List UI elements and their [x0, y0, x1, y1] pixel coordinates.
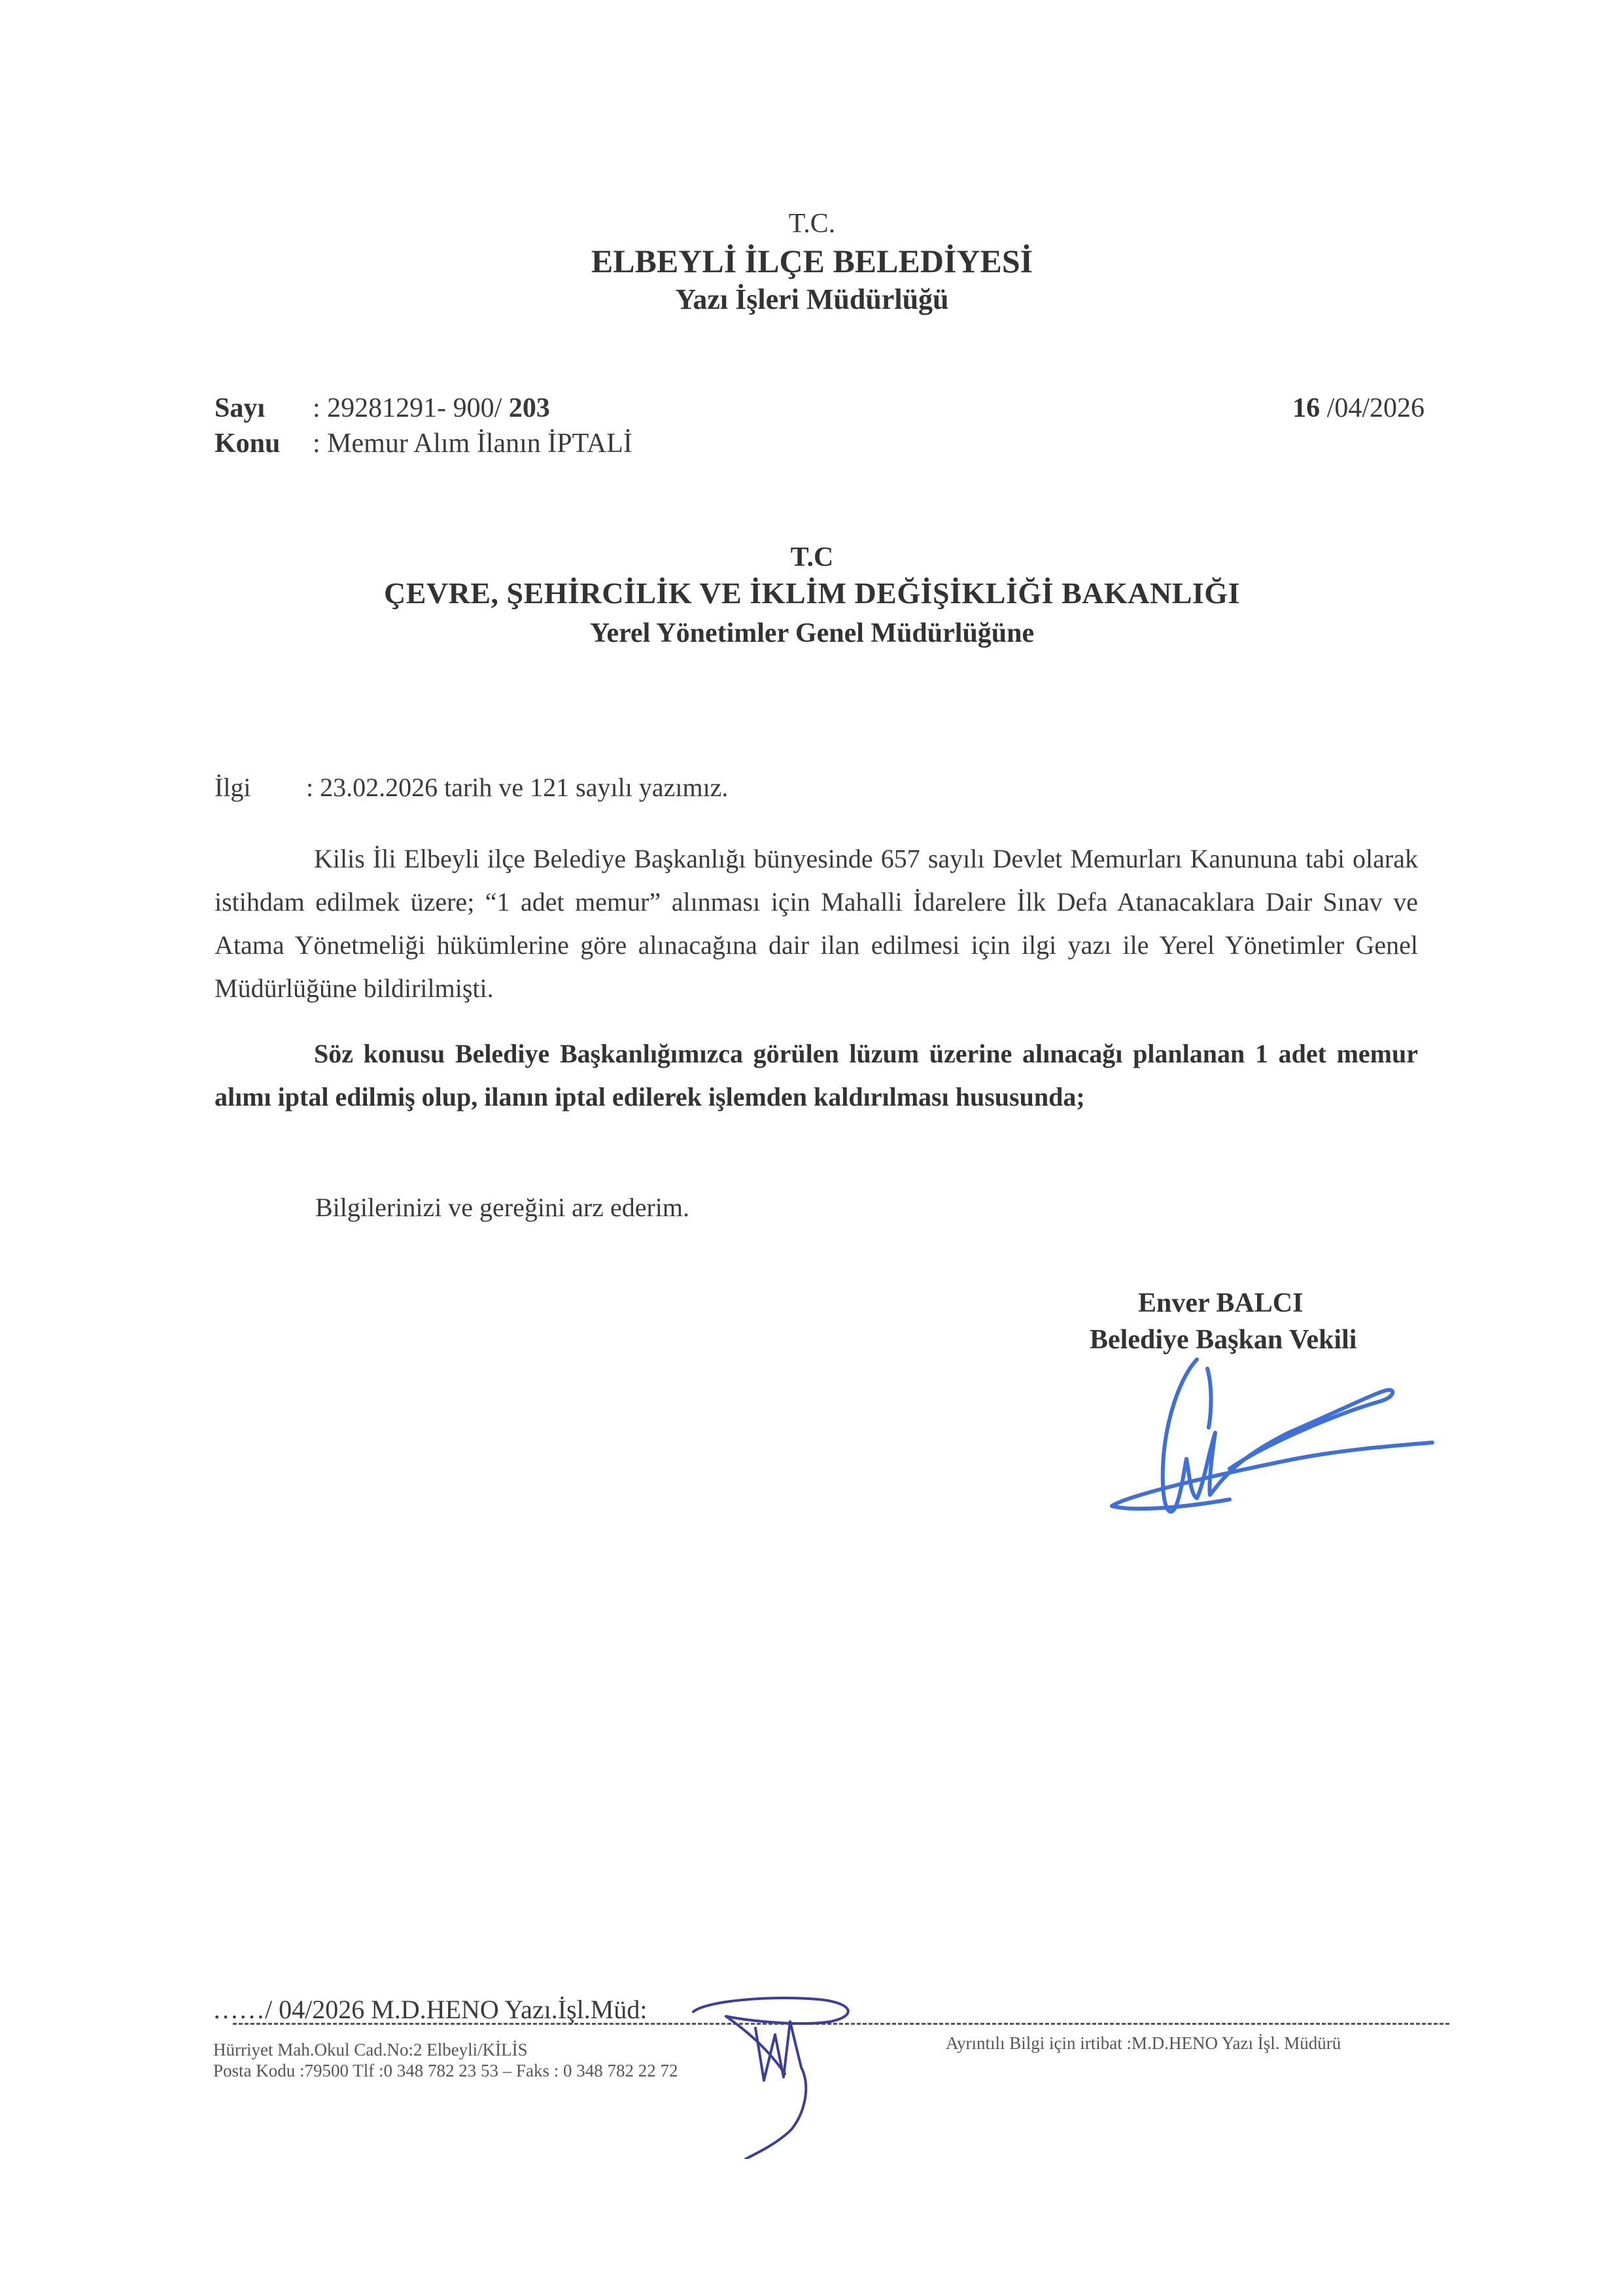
paraph-icon [680, 1963, 876, 2159]
signatory-name: Enver BALCI [1138, 1288, 1303, 1319]
letterhead-state: T.C. [0, 208, 1624, 239]
sayi-label: Sayı [215, 393, 313, 424]
date-month-year: /04/2026 [1320, 393, 1425, 423]
footer-postal-phone: Posta Kodu :79500 Tlf :0 348 782 23 53 –… [213, 2061, 678, 2081]
recipient-state: T.C [0, 542, 1624, 573]
signatory-title: Belediye Başkan Vekili [1090, 1324, 1356, 1356]
prepared-by-line: ……/ 04/2026 M.D.HENO Yazı.İşl.Müd: [213, 1994, 647, 2025]
recipient-unit: Yerel Yönetimler Genel Müdürlüğüne [0, 618, 1624, 649]
reference-label: İlgi [215, 772, 306, 803]
letterhead-organization: ELBEYLİ İLÇE BELEDİYESİ [0, 242, 1624, 280]
footer-contact: Ayrıntılı Bilgi için irtibat :M.D.HENO Y… [946, 2033, 1341, 2054]
reference-value: : 23.02.2026 tarih ve 121 sayılı yazımız… [306, 773, 728, 802]
signature-icon [1099, 1354, 1439, 1524]
konu-value: : Memur Alım İlanın İPTALİ [313, 429, 632, 459]
sayi-number: 203 [509, 393, 550, 423]
body-paragraph-1: Kilis İli Elbeyli ilçe Belediye Başkanlı… [215, 837, 1418, 1010]
letterhead-department: Yazı İşleri Müdürlüğü [0, 283, 1624, 316]
closing-line: Bilgilerinizi ve gereğini arz ederim. [315, 1192, 689, 1223]
recipient-ministry: ÇEVRE, ŞEHİRCİLİK VE İKLİM DEĞİŞİKLİĞİ B… [0, 576, 1624, 610]
reference-row: İlgi: 23.02.2026 tarih ve 121 sayılı yaz… [215, 772, 728, 803]
footer-address: Hürriyet Mah.Okul Cad.No:2 Elbeyli/KİLİS [213, 2040, 528, 2060]
konu-label: Konu [215, 428, 313, 459]
document-date: 16 /04/2026 [1292, 393, 1425, 424]
sayi-value: : 29281291- 900/ [313, 393, 509, 423]
date-day: 16 [1292, 393, 1320, 423]
body-paragraph-2: Söz konusu Belediye Başkanlığımızca görü… [215, 1032, 1418, 1119]
konu-row: Konu: Memur Alım İlanın İPTALİ [215, 428, 632, 459]
sayi-row: Sayı: 29281291- 900/ 203 [215, 393, 550, 424]
